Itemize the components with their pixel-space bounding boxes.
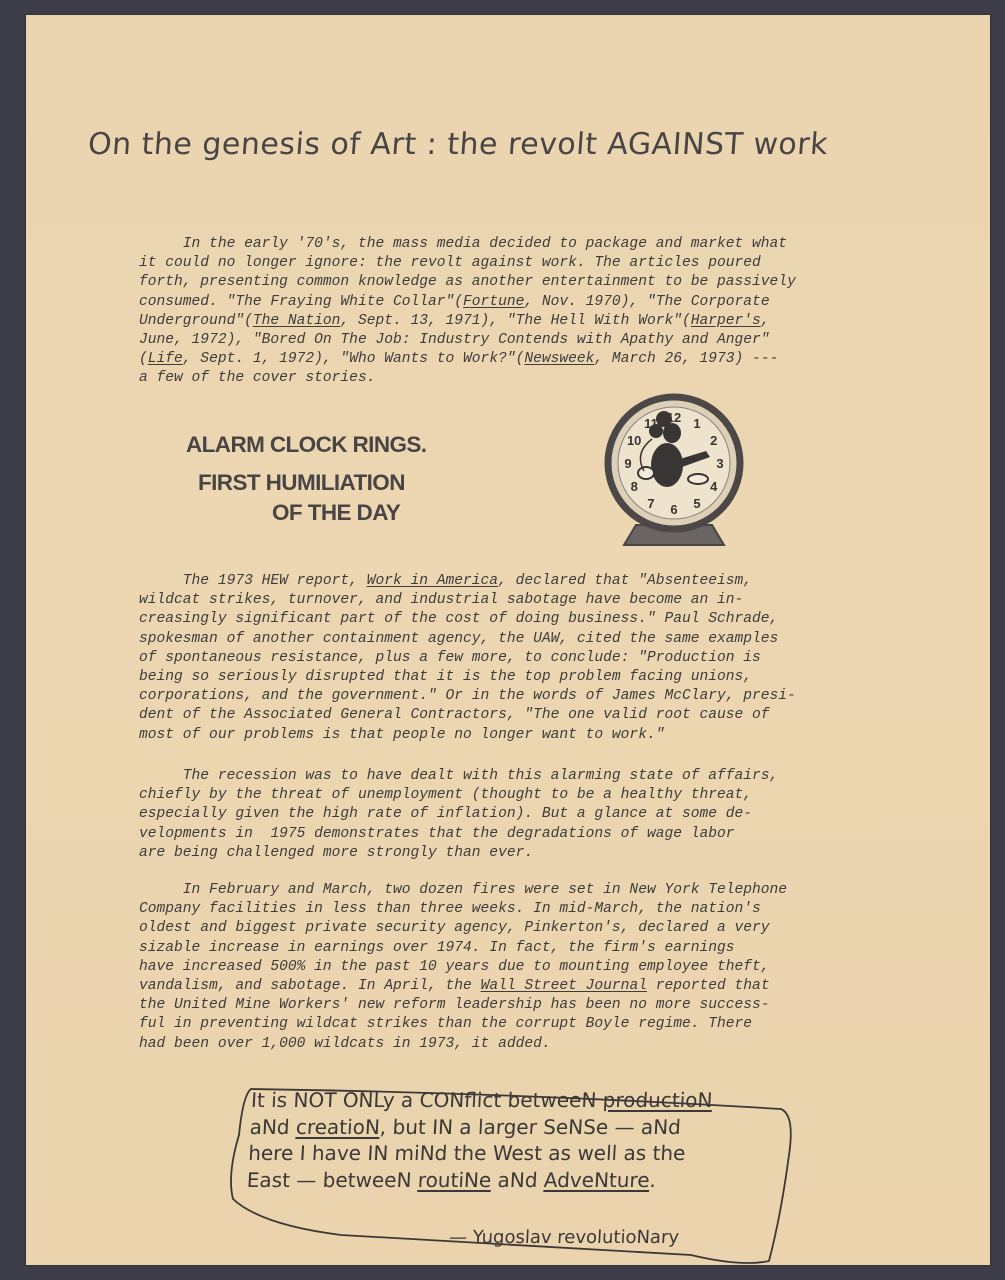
paragraph-fires: In February and March, two dozen fires w… xyxy=(139,881,859,1054)
paragraph-line: of spontaneous resistance, plus a few mo… xyxy=(139,649,859,668)
handwritten-quote-box: It is NOT ONLy a CONflict betweeN produc… xyxy=(221,1075,801,1275)
paragraph-line: forth, presenting common knowledge as an… xyxy=(139,273,859,292)
paragraph-line: being so seriously disrupted that it is … xyxy=(139,668,859,687)
paragraph-line: it could no longer ignore: the revolt ag… xyxy=(139,254,859,273)
paragraph-line: most of our problems is that people no l… xyxy=(139,726,859,745)
paragraph-line: the United Mine Workers' new reform lead… xyxy=(139,996,859,1015)
mickey-mouse-alarm-clock-icon: 121234567891011 xyxy=(594,393,754,553)
paragraph-line: In February and March, two dozen fires w… xyxy=(139,881,859,900)
paragraph-line: chiefly by the threat of unemployment (t… xyxy=(139,786,859,805)
clock-numeral: 9 xyxy=(624,456,631,471)
paragraph-line: dent of the Associated General Contracto… xyxy=(139,706,859,725)
clock-numeral: 1 xyxy=(693,416,700,431)
headline-line-2: FIRST HUMILIATION xyxy=(186,468,426,497)
quote-text: It is NOT ONLy a CONflict betweeN produc… xyxy=(246,1087,713,1193)
clock-numeral: 8 xyxy=(631,479,638,494)
paragraph-hew-report: The 1973 HEW report, Work in America, de… xyxy=(139,572,859,745)
paragraph-line: oldest and biggest private security agen… xyxy=(139,919,859,938)
paragraph-line: The recession was to have dealt with thi… xyxy=(139,767,859,786)
paragraph-line: (Life, Sept. 1, 1972), "Who Wants to Wor… xyxy=(139,350,859,369)
headline-line-3: OF THE DAY xyxy=(186,498,426,527)
clock-numeral: 2 xyxy=(710,433,717,448)
clock-numeral: 3 xyxy=(716,456,723,471)
paragraph-line: had been over 1,000 wildcats in 1973, it… xyxy=(139,1035,859,1054)
paragraph-recession: The recession was to have dealt with thi… xyxy=(139,767,859,863)
quote-line: East — betweeN routiNe aNd AdveNture. xyxy=(246,1167,709,1194)
headline-line-1: ALARM CLOCK RINGS. xyxy=(186,430,426,459)
clock-numeral: 10 xyxy=(627,433,641,448)
paragraph-line: Company facilities in less than three we… xyxy=(139,900,859,919)
paragraph-line: vandalism, and sabotage. In April, the W… xyxy=(139,977,859,996)
document-page: On the genesis of Art : the revolt AGAIN… xyxy=(26,15,990,1265)
paragraph-line: June, 1972), "Bored On The Job: Industry… xyxy=(139,331,859,350)
paragraph-line: have increased 500% in the past 10 years… xyxy=(139,958,859,977)
paragraph-line: corporations, and the government." Or in… xyxy=(139,687,859,706)
paragraph-line: Underground"(The Nation, Sept. 13, 1971)… xyxy=(139,312,859,331)
paragraph-line: creasingly significant part of the cost … xyxy=(139,610,859,629)
paragraph-line: especially given the high rate of inflat… xyxy=(139,805,859,824)
clock-numeral: 5 xyxy=(693,496,700,511)
paragraph-line: sizable increase in earnings over 1974. … xyxy=(139,939,859,958)
paragraph-line: are being challenged more strongly than … xyxy=(139,844,859,863)
paragraph-line: The 1973 HEW report, Work in America, de… xyxy=(139,572,859,591)
quote-line: aNd creatioN, but IN a larger SeNSe — aN… xyxy=(249,1114,712,1141)
handwritten-title: On the genesis of Art : the revolt AGAIN… xyxy=(87,127,869,162)
paragraph-line: In the early '70's, the mass media decid… xyxy=(139,235,859,254)
paragraph-line: wildcat strikes, turnover, and industria… xyxy=(139,591,859,610)
paragraph-line: spokesman of another containment agency,… xyxy=(139,630,859,649)
alarm-clock-headline: ALARM CLOCK RINGS. FIRST HUMILIATION OF … xyxy=(186,430,426,527)
paragraph-line: velopments in 1975 demonstrates that the… xyxy=(139,825,859,844)
clock-numeral: 7 xyxy=(647,496,654,511)
quote-attribution: — Yugoslav revolutioNary xyxy=(448,1227,679,1248)
paragraph-intro: In the early '70's, the mass media decid… xyxy=(139,235,859,389)
clock-numeral: 4 xyxy=(710,479,718,494)
quote-line: It is NOT ONLy a CONflict betweeN produc… xyxy=(250,1087,713,1114)
paragraph-line: a few of the cover stories. xyxy=(139,369,859,388)
paragraph-line: ful in preventing wildcat strikes than t… xyxy=(139,1015,859,1034)
paragraph-line: consumed. "The Fraying White Collar"(For… xyxy=(139,293,859,312)
clock-numeral: 6 xyxy=(670,502,677,517)
quote-line: here I have IN miNd the West as well as … xyxy=(248,1140,711,1167)
